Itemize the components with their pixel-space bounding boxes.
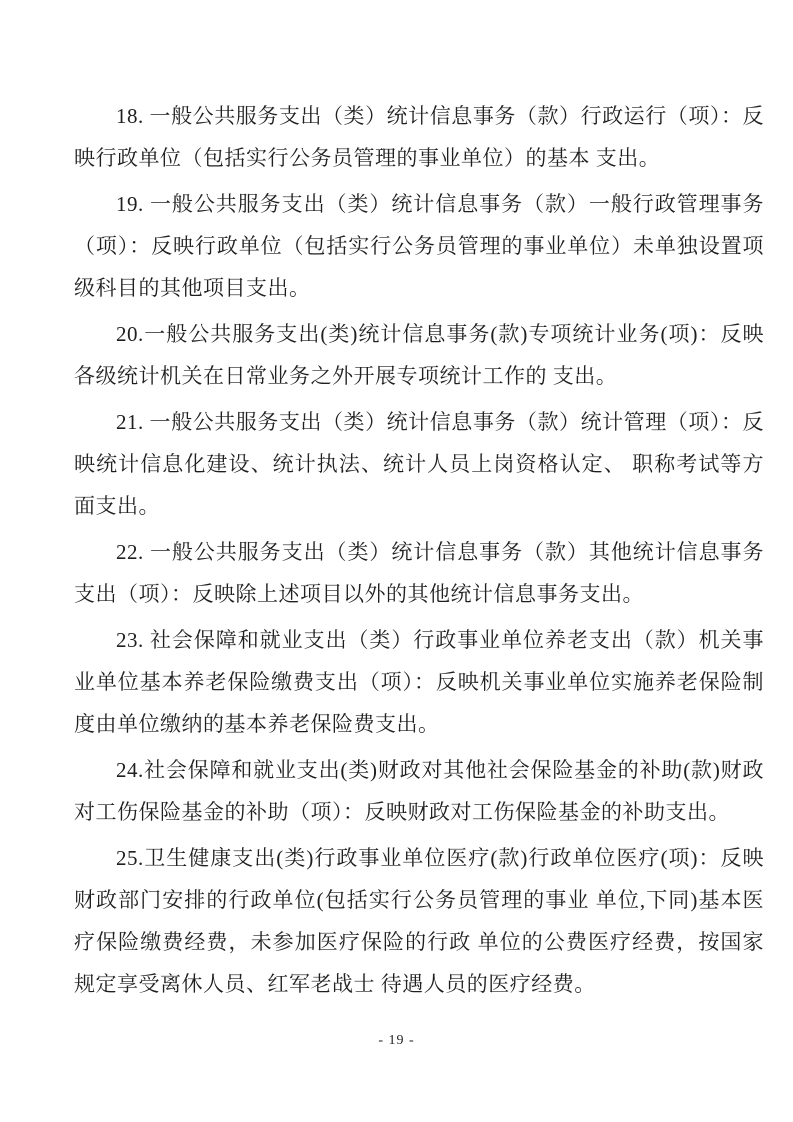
paragraph-item-24: 24.社会保障和就业支出(类)财政对其他社会保险基金的补助(款)财政对工伤保险基…: [74, 749, 764, 833]
document-page: 18. 一般公共服务支出（类）统计信息事务（款）行政运行（项）：反映行政单位（包…: [0, 0, 793, 1122]
paragraph-item-25: 25.卫生健康支出(类)行政事业单位医疗(款)行政单位医疗(项)：反映财政部门安…: [74, 837, 764, 1005]
paragraph-item-19: 19. 一般公共服务支出（类）统计信息事务（款）一般行政管理事务（项）：反映行政…: [74, 183, 764, 309]
paragraph-item-18: 18. 一般公共服务支出（类）统计信息事务（款）行政运行（项）：反映行政单位（包…: [74, 95, 764, 179]
paragraph-item-21: 21. 一般公共服务支出（类）统计信息事务（款）统计管理（项）：反映统计信息化建…: [74, 401, 764, 527]
page-footer: - 19 -: [0, 1033, 793, 1049]
document-body: 18. 一般公共服务支出（类）统计信息事务（款）行政运行（项）：反映行政单位（包…: [74, 95, 764, 1009]
paragraph-item-22: 22. 一般公共服务支出（类）统计信息事务（款）其他统计信息事务支出（项）：反映…: [74, 531, 764, 615]
page-number: - 19 -: [378, 1033, 414, 1048]
paragraph-item-23: 23. 社会保障和就业支出（类）行政事业单位养老支出（款）机关事业单位基本养老保…: [74, 619, 764, 745]
paragraph-item-20: 20.一般公共服务支出(类)统计信息事务(款)专项统计业务(项)：反映各级统计机…: [74, 313, 764, 397]
